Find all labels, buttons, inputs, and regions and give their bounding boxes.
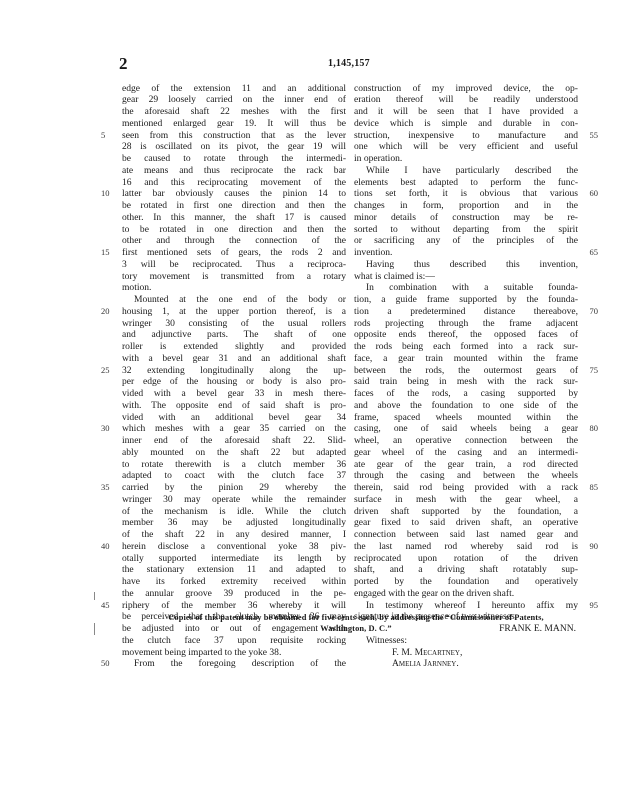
text-line: connection between said last named gear … <box>354 529 578 541</box>
line-text: one which will be very efficient and use… <box>354 141 578 152</box>
line-text: Mounted at the one end of the body or <box>134 294 346 305</box>
text-line: with a bevel gear 31 and an additional s… <box>122 353 346 365</box>
text-line: changes in form, proportion and in the <box>354 200 578 212</box>
line-text: to rotate therewith is a clutch member 3… <box>122 459 346 470</box>
line-text: eration thereof will be readily understo… <box>354 94 578 105</box>
text-line: construction of my improved device, the … <box>354 83 578 95</box>
line-text: wheel, an operative connection between t… <box>354 435 578 446</box>
text-line: shaft, and a driving shaft rotatably sup… <box>354 564 578 576</box>
text-line: riphery of the member 36 whereby it will… <box>122 600 346 612</box>
text-line: be rotated in first one direction and th… <box>122 200 346 212</box>
text-line: rods projecting through the frame adjace… <box>354 318 578 330</box>
text-line: the last named rod whereby said rod is90 <box>354 541 578 553</box>
line-text: frame, spaced wheels mounted within the <box>354 412 578 423</box>
text-line: through the casing and between the wheel… <box>354 470 578 482</box>
line-number: 30 <box>101 423 110 435</box>
text-line: to rotate therewith is a clutch member 3… <box>122 459 346 471</box>
line-text: the rods being each formed into a rack s… <box>354 341 578 352</box>
line-text: 32 extending longitudinally along the up… <box>122 365 346 376</box>
text-line: sorted to without departing from the spi… <box>354 224 578 236</box>
line-text: engaged with the gear on the driven shaf… <box>354 588 514 599</box>
line-number: 60 <box>590 188 599 200</box>
text-line: From the foregoing description of the50 <box>122 658 346 670</box>
line-text: seen from this construction that as the … <box>122 130 346 141</box>
line-text: have its forked extremity received withi… <box>122 576 346 587</box>
text-line: vided with an additional bevel gear 34 <box>122 412 346 424</box>
line-text: surface in mesh with the gear wheel, a <box>354 494 578 505</box>
text-line: carried by the pinion 29 whereby the35 <box>122 482 346 494</box>
text-line: ably mounted on the shaft 22 but adapted <box>122 447 346 459</box>
line-text: member 36 may be adjusted longitudinally <box>122 517 346 528</box>
line-text: therein, said rod being provided with a … <box>354 482 578 493</box>
line-text: first mentioned sets of gears, the rods … <box>122 247 346 258</box>
line-text: of the shaft 22 in any desired manner, I <box>122 529 346 540</box>
line-text: motion. <box>122 282 151 293</box>
footer-notice: Copies of this patent may be obtained fo… <box>126 612 586 634</box>
text-line: tions set forth, it is obvious that vari… <box>354 188 578 200</box>
line-text: construction of my improved device, the … <box>354 83 578 94</box>
text-line: which meshes with a gear 35 carried on t… <box>122 423 346 435</box>
text-line: invention.65 <box>354 247 578 259</box>
line-text: riphery of the member 36 whereby it will <box>122 600 346 611</box>
line-text: tory movement is transmitted from a rota… <box>122 271 346 282</box>
line-text: opposite ends thereof, the opposed faces… <box>354 329 578 340</box>
text-line: other and through the connection of the <box>122 235 346 247</box>
text-line: casing, one of said wheels being a gear8… <box>354 423 578 435</box>
text-line: one which will be very efficient and use… <box>354 141 578 153</box>
line-text: sorted to without departing from the spi… <box>354 224 578 235</box>
text-line: herein disclose a conventional yoke 38 p… <box>122 541 346 553</box>
margin-mark <box>94 592 95 600</box>
text-line: ate gear of the gear train, a rod direct… <box>354 459 578 471</box>
text-line: or sacrificing any of the principles of … <box>354 235 578 247</box>
patent-number: 1,145,157 <box>328 58 370 69</box>
text-line: what is claimed is:— <box>354 271 578 283</box>
line-number: 25 <box>101 365 110 377</box>
line-text: what is claimed is:— <box>354 271 435 282</box>
line-text: 28 is oscillated on its pivot, the gear … <box>122 141 346 152</box>
line-text: From the foregoing description of the <box>134 658 346 669</box>
text-line: edge of the extension 11 and an addition… <box>122 83 346 95</box>
line-text: housing 1, at the upper portion thereof,… <box>122 306 346 317</box>
text-line: per edge of the housing or body is also … <box>122 376 346 388</box>
text-line: wringer 30 consisting of the usual rolle… <box>122 318 346 330</box>
text-line: have its forked extremity received withi… <box>122 576 346 588</box>
line-text: of the mechanism is idle. While the clut… <box>122 506 346 517</box>
text-line: be caused to rotate through the intermed… <box>122 153 346 165</box>
line-text: face, a gear train mounted within the fr… <box>354 353 578 364</box>
line-text: gear fixed to said driven shaft, an oper… <box>354 517 578 528</box>
text-line: housing 1, at the upper portion thereof,… <box>122 306 346 318</box>
line-text: In testimony whereof I hereunto affix my <box>366 600 578 611</box>
text-line: of the shaft 22 in any desired manner, I <box>122 529 346 541</box>
line-number: 50 <box>101 658 110 670</box>
text-line: struction, inexpensive to manufacture an… <box>354 130 578 142</box>
text-line: motion. <box>122 282 346 294</box>
line-text: the stationary extension 11 and adapted … <box>122 564 346 575</box>
text-line: to be rotated in one direction and then … <box>122 224 346 236</box>
right-column: construction of my improved device, the … <box>354 83 578 671</box>
text-line: vided with a bevel gear 33 in mesh there… <box>122 388 346 400</box>
line-text: and it will be seen that I have provided… <box>354 106 578 117</box>
text-line: the annular groove 39 produced in the pe… <box>122 588 346 600</box>
text-line: ate means and thus reciprocate the rack … <box>122 165 346 177</box>
text-line: faces of the rods, a casing supported by <box>354 388 578 400</box>
line-text: inner end of the aforesaid shaft 22. Sli… <box>122 435 346 446</box>
line-number: 40 <box>101 541 110 553</box>
text-line: reciprocated upon rotation of the driven <box>354 553 578 565</box>
line-text: per edge of the housing or body is also … <box>122 376 346 387</box>
line-number: 75 <box>590 365 599 377</box>
line-text: vided with an additional bevel gear 34 <box>122 412 346 423</box>
line-number: 85 <box>590 482 599 494</box>
line-text: other. In this manner, the shaft 17 is c… <box>122 212 346 223</box>
line-number: 80 <box>590 423 599 435</box>
footer-line-2: Washington, D. C.” <box>126 623 586 634</box>
text-line: wheel, an operative connection between t… <box>354 435 578 447</box>
footer-line-1: Copies of this patent may be obtained fo… <box>126 612 586 623</box>
text-line: first mentioned sets of gears, the rods … <box>122 247 346 259</box>
line-text: rods projecting through the frame adjace… <box>354 318 578 329</box>
line-text: device which is simple and durable in co… <box>354 118 578 129</box>
line-text: tion, a guide frame supported by the fou… <box>354 294 578 305</box>
text-line: the rods being each formed into a rack s… <box>354 341 578 353</box>
line-text: to be rotated in one direction and then … <box>122 224 346 235</box>
text-line: tory movement is transmitted from a rota… <box>122 271 346 283</box>
margin-mark <box>94 623 95 635</box>
line-text: edge of the extension 11 and an addition… <box>122 83 346 94</box>
line-text: the clutch face 37 upon requisite rockin… <box>122 635 346 646</box>
text-line: driven shaft supported by the foundation… <box>354 506 578 518</box>
text-line: gear fixed to said driven shaft, an oper… <box>354 517 578 529</box>
line-text: wringer 30 may operate while the remaind… <box>122 494 346 505</box>
line-number: 65 <box>590 247 599 259</box>
line-text: carried by the pinion 29 whereby the <box>122 482 346 493</box>
line-text: herein disclose a conventional yoke 38 p… <box>122 541 346 552</box>
text-line: 3 will be reciprocated. Thus a reciproca… <box>122 259 346 271</box>
line-text: vided with a bevel gear 33 in mesh there… <box>122 388 346 399</box>
line-text: mentioned enlarged gear 19. It will thus… <box>122 118 346 129</box>
text-line: face, a gear train mounted within the fr… <box>354 353 578 365</box>
text-line: While I have particularly described the <box>354 165 578 177</box>
line-text: said train being in mesh with the rack s… <box>354 376 578 387</box>
line-text: gear wheel of the casing and an intermed… <box>354 447 578 458</box>
text-line: the stationary extension 11 and adapted … <box>122 564 346 576</box>
text-line: 28 is oscillated on its pivot, the gear … <box>122 141 346 153</box>
text-line: of the mechanism is idle. While the clut… <box>122 506 346 518</box>
line-text: between the rods, the outermost gears of <box>354 365 578 376</box>
line-text: tion a predetermined distance thereabove… <box>354 306 578 317</box>
line-number: 70 <box>590 306 599 318</box>
line-text: reciprocated upon rotation of the driven <box>354 553 578 564</box>
left-column: edge of the extension 11 and an addition… <box>122 83 346 671</box>
line-text: faces of the rods, a casing supported by <box>354 388 578 399</box>
text-line: and it will be seen that I have provided… <box>354 106 578 118</box>
text-line: with. The opposite end of said shaft is … <box>122 400 346 412</box>
text-line: tion a predetermined distance thereabove… <box>354 306 578 318</box>
text-line: In combination with a suitable founda- <box>354 282 578 294</box>
text-line: Having thus described this invention, <box>354 259 578 271</box>
text-line: seen from this construction that as the … <box>122 130 346 142</box>
text-line: elements best adapted to perform the fun… <box>354 177 578 189</box>
line-text: the aforesaid shaft 22 meshes with the f… <box>122 106 346 117</box>
line-text: be caused to rotate through the intermed… <box>122 153 346 164</box>
text-line: therein, said rod being provided with a … <box>354 482 578 494</box>
line-number: 10 <box>101 188 110 200</box>
text-line: and above the foundation to one side of … <box>354 400 578 412</box>
line-text: which meshes with a gear 35 carried on t… <box>122 423 346 434</box>
line-number: 15 <box>101 247 110 259</box>
witness-name: Amelia Jarnney. <box>354 658 578 670</box>
page-number: 2 <box>119 54 128 74</box>
line-text: struction, inexpensive to manufacture an… <box>354 130 578 141</box>
text-line: the clutch face 37 upon requisite rockin… <box>122 635 346 647</box>
text-line: said train being in mesh with the rack s… <box>354 376 578 388</box>
line-text: tions set forth, it is obvious that vari… <box>354 188 578 199</box>
line-text: minor details of construction may be re- <box>354 212 578 223</box>
text-line: in operation. <box>354 153 578 165</box>
line-text: movement being imparted to the yoke 38. <box>122 647 281 658</box>
text-line: adapted to coact with the clutch face 37 <box>122 470 346 482</box>
text-line: and adjunctive parts. The shaft of one <box>122 329 346 341</box>
text-line: member 36 may be adjusted longitudinally <box>122 517 346 529</box>
text-line: gear 29 loosely carried on the inner end… <box>122 94 346 106</box>
text-line: device which is simple and durable in co… <box>354 118 578 130</box>
text-line: ported by the foundation and operatively <box>354 576 578 588</box>
line-text: the last named rod whereby said rod is <box>354 541 578 552</box>
line-text: with a bevel gear 31 and an additional s… <box>122 353 346 364</box>
line-text: other and through the connection of the <box>122 235 346 246</box>
line-text: or sacrificing any of the principles of … <box>354 235 578 246</box>
line-text: adapted to coact with the clutch face 37 <box>122 470 346 481</box>
line-text: driven shaft supported by the foundation… <box>354 506 578 517</box>
line-text: latter bar obviously causes the pinion 1… <box>122 188 346 199</box>
text-line: engaged with the gear on the driven shaf… <box>354 588 578 600</box>
line-number: 95 <box>590 600 599 612</box>
line-text: be rotated in first one direction and th… <box>122 200 346 211</box>
text-line: between the rods, the outermost gears of… <box>354 365 578 377</box>
line-text: casing, one of said wheels being a gear <box>354 423 578 434</box>
line-text: gear 29 loosely carried on the inner end… <box>122 94 346 105</box>
witnesses-label: Witnesses: <box>354 635 578 647</box>
line-text: roller is extended slightly and provided <box>122 341 346 352</box>
text-line: gear wheel of the casing and an intermed… <box>354 447 578 459</box>
line-text: in operation. <box>354 153 402 164</box>
line-text: with. The opposite end of said shaft is … <box>122 400 346 411</box>
text-line: roller is extended slightly and provided <box>122 341 346 353</box>
line-number: 45 <box>101 600 110 612</box>
line-text: ported by the foundation and operatively <box>354 576 578 587</box>
text-line: otally supported intermediate its length… <box>122 553 346 565</box>
line-text: and adjunctive parts. The shaft of one <box>122 329 346 340</box>
line-text: changes in form, proportion and in the <box>354 200 578 211</box>
text-line: movement being imparted to the yoke 38. <box>122 647 346 659</box>
line-text: While I have particularly described the <box>366 165 578 176</box>
text-line: In testimony whereof I hereunto affix my… <box>354 600 578 612</box>
witness-name: F. M. Mecartney, <box>354 647 578 659</box>
line-text: Having thus described this invention, <box>366 259 578 270</box>
text-line: surface in mesh with the gear wheel, a <box>354 494 578 506</box>
line-text: ate means and thus reciprocate the rack … <box>122 165 346 176</box>
text-line: 32 extending longitudinally along the up… <box>122 365 346 377</box>
text-line: 16 and this reciprocating movement of th… <box>122 177 346 189</box>
line-text: through the casing and between the wheel… <box>354 470 578 481</box>
line-text: 3 will be reciprocated. Thus a reciproca… <box>122 259 346 270</box>
text-line: minor details of construction may be re- <box>354 212 578 224</box>
text-line: latter bar obviously causes the pinion 1… <box>122 188 346 200</box>
line-number: 90 <box>590 541 599 553</box>
text-line: Mounted at the one end of the body or <box>122 294 346 306</box>
line-text: shaft, and a driving shaft rotatably sup… <box>354 564 578 575</box>
line-text: otally supported intermediate its length… <box>122 553 346 564</box>
text-line: inner end of the aforesaid shaft 22. Sli… <box>122 435 346 447</box>
text-line: mentioned enlarged gear 19. It will thus… <box>122 118 346 130</box>
line-text: invention. <box>354 247 392 258</box>
line-text: wringer 30 consisting of the usual rolle… <box>122 318 346 329</box>
line-text: In combination with a suitable founda- <box>366 282 578 293</box>
line-number: 5 <box>101 130 105 142</box>
line-number: 20 <box>101 306 110 318</box>
line-number: 35 <box>101 482 110 494</box>
text-line: wringer 30 may operate while the remaind… <box>122 494 346 506</box>
line-text: connection between said last named gear … <box>354 529 578 540</box>
line-text: and above the foundation to one side of … <box>354 400 578 411</box>
text-line: the aforesaid shaft 22 meshes with the f… <box>122 106 346 118</box>
line-text: ably mounted on the shaft 22 but adapted <box>122 447 346 458</box>
line-number: 55 <box>590 130 599 142</box>
line-text: the annular groove 39 produced in the pe… <box>122 588 346 599</box>
line-text: ate gear of the gear train, a rod direct… <box>354 459 578 470</box>
text-line: frame, spaced wheels mounted within the <box>354 412 578 424</box>
line-text: 16 and this reciprocating movement of th… <box>122 177 346 188</box>
text-line: eration thereof will be readily understo… <box>354 94 578 106</box>
text-line: other. In this manner, the shaft 17 is c… <box>122 212 346 224</box>
line-text: elements best adapted to perform the fun… <box>354 177 578 188</box>
text-line: opposite ends thereof, the opposed faces… <box>354 329 578 341</box>
text-line: tion, a guide frame supported by the fou… <box>354 294 578 306</box>
